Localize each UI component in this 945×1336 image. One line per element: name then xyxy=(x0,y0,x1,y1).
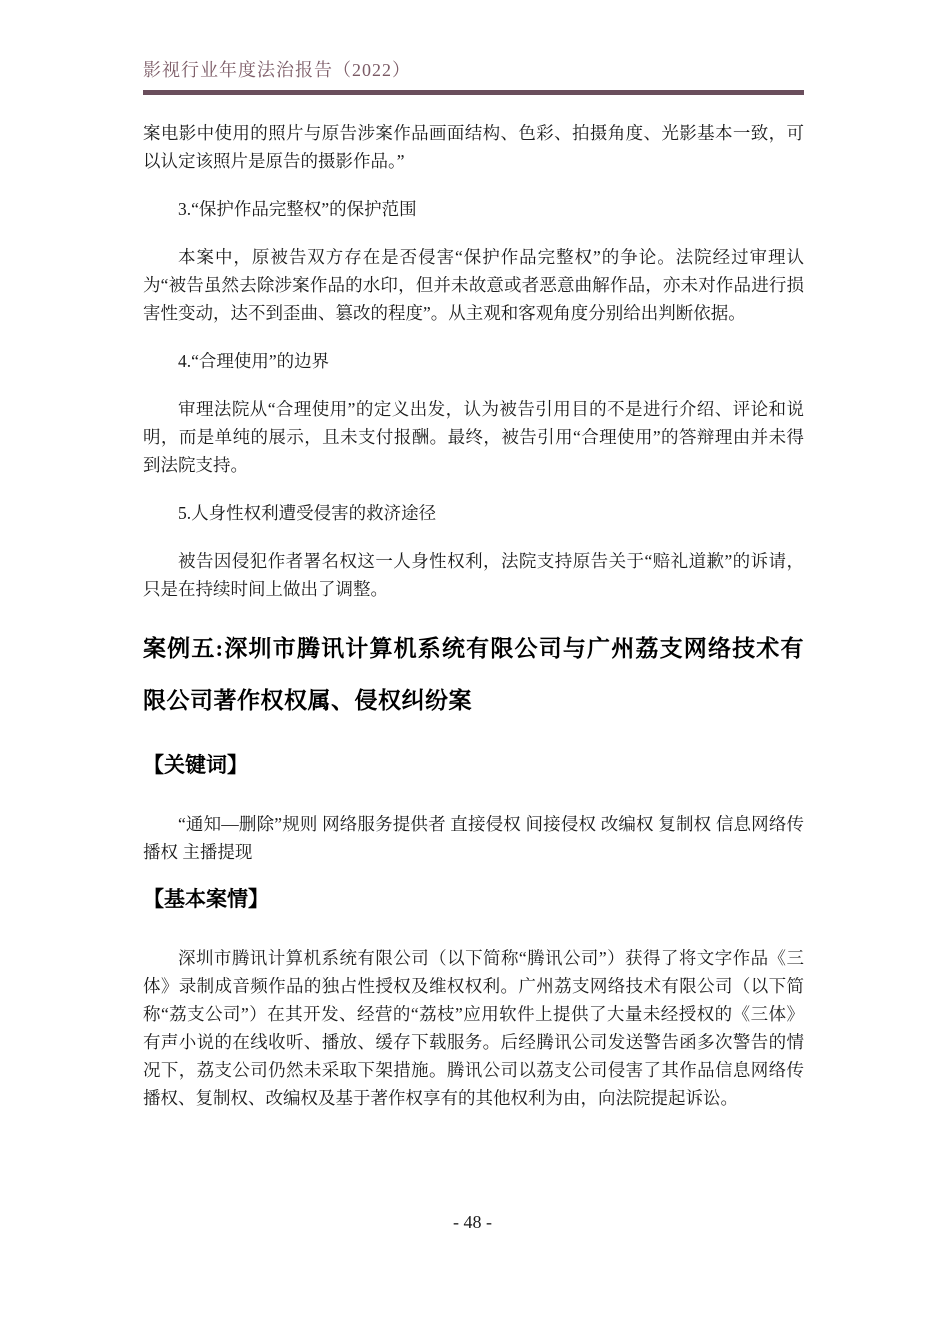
keywords-text: “通知—删除”规则 网络服务提供者 直接侵权 间接侵权 改编权 复制权 信息网络… xyxy=(143,810,804,866)
report-header-title: 影视行业年度法治报告（2022） xyxy=(143,58,804,83)
page-number: - 48 - xyxy=(453,1212,492,1232)
document-body: 案电影中使用的照片与原告涉案作品画面结构、色彩、拍摄角度、光影基本一致，可以认定… xyxy=(143,119,804,1112)
running-header: 影视行业年度法治报告（2022） xyxy=(143,58,804,95)
basic-facts-paragraph: 深圳市腾讯计算机系统有限公司（以下简称“腾讯公司”）获得了将文字作品《三体》录制… xyxy=(143,944,804,1112)
case-five-heading: 案例五:深圳市腾讯计算机系统有限公司与广州荔支网络技术有限公司著作权权属、侵权纠… xyxy=(143,623,804,727)
keywords-section-label: 【关键词】 xyxy=(143,752,804,780)
page-footer: - 48 - xyxy=(0,1212,945,1233)
basic-facts-section-label: 【基本案情】 xyxy=(143,886,804,914)
paragraph-item-4: 审理法院从“合理使用”的定义出发，认为被告引用目的不是进行介绍、评论和说明，而是… xyxy=(143,395,804,479)
numbered-heading-4: 4.“合理使用”的边界 xyxy=(143,347,804,375)
paragraph-item-5: 被告因侵犯作者署名权这一人身性权利，法院支持原告关于“赔礼道歉”的诉请，只是在持… xyxy=(143,547,804,603)
paragraph-item-3: 本案中，原被告双方存在是否侵害“保护作品完整权”的争论。法院经过审理认为“被告虽… xyxy=(143,243,804,327)
paragraph-continuation: 案电影中使用的照片与原告涉案作品画面结构、色彩、拍摄角度、光影基本一致，可以认定… xyxy=(143,119,804,175)
header-rule xyxy=(143,90,804,95)
page-content: 影视行业年度法治报告（2022） 案电影中使用的照片与原告涉案作品画面结构、色彩… xyxy=(143,58,804,1132)
numbered-heading-5: 5.人身性权利遭受侵害的救济途径 xyxy=(143,499,804,527)
document-page: 影视行业年度法治报告（2022） 案电影中使用的照片与原告涉案作品画面结构、色彩… xyxy=(0,0,945,1336)
numbered-heading-3: 3.“保护作品完整权”的保护范围 xyxy=(143,195,804,223)
